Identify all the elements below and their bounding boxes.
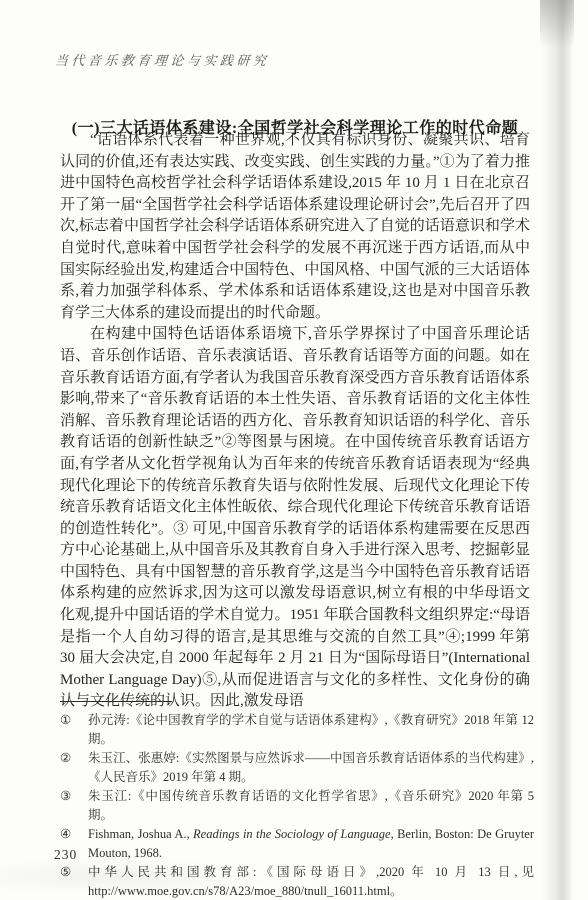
footnote-text: 朱玉江:《中国传统音乐教育话语的文化哲学省思》,《音乐研究》2020 年第 5 …	[88, 787, 534, 825]
paragraph: 在构建中国特色话语体系语境下,音乐学界探讨了中国音乐理论话语、音乐创作话语、音乐…	[60, 324, 530, 713]
running-header: 当代音乐教育理论与实践研究	[54, 50, 270, 69]
footnote-item: ① 孙元涛:《论中国教育学的学术自觉与话语体系建构》,《教育研究》2018 年第…	[60, 711, 534, 749]
footnote-marker: ⑤	[60, 863, 88, 900]
footnote-text: Fishman, Joshua A., Readings in the Soci…	[88, 825, 534, 863]
paragraph: “话语体系代表着一种世界观,不仅具有标识身份、凝聚共识、培育认同的价值,还有表达…	[60, 130, 530, 324]
page-edge-shadow	[542, 0, 572, 900]
body-text: “话语体系代表着一种世界观,不仅具有标识身份、凝聚共识、培育认同的价值,还有表达…	[60, 130, 530, 713]
footnote-marker: ①	[60, 711, 88, 749]
footnote-marker: ②	[60, 749, 88, 787]
footnote-book-title: Readings in the Sociology of Language	[193, 827, 391, 841]
footnote-text: 中华人民共和国教育部:《国际母语日》,2020 年 10 月 13 日,见 ht…	[88, 863, 534, 900]
footnote-item: ③ 朱玉江:《中国传统音乐教育话语的文化哲学省思》,《音乐研究》2020 年第 …	[60, 787, 534, 825]
footnotes: ① 孙元涛:《论中国教育学的学术自觉与话语体系建构》,《教育研究》2018 年第…	[60, 711, 534, 900]
footnote-item: ② 朱玉江、张惠婷:《实然图景与应然诉求——中国音乐教育话语体系的当代构建》,《…	[60, 749, 534, 787]
page-corner-shadow	[540, 0, 574, 48]
footnote-text: 孙元涛:《论中国教育学的学术自觉与话语体系建构》,《教育研究》2018 年第 1…	[88, 711, 534, 749]
footnote-text-segment: Fishman, Joshua A.,	[88, 827, 193, 841]
footnote-item: ⑤ 中华人民共和国教育部:《国际母语日》,2020 年 10 月 13 日,见 …	[60, 863, 534, 900]
page-number: 230	[54, 847, 77, 863]
footnote-divider	[60, 701, 172, 702]
footnote-text: 朱玉江、张惠婷:《实然图景与应然诉求——中国音乐教育话语体系的当代构建》,《人民…	[88, 749, 534, 787]
footnote-item: ④ Fishman, Joshua A., Readings in the So…	[60, 825, 534, 863]
footnote-marker: ③	[60, 787, 88, 825]
